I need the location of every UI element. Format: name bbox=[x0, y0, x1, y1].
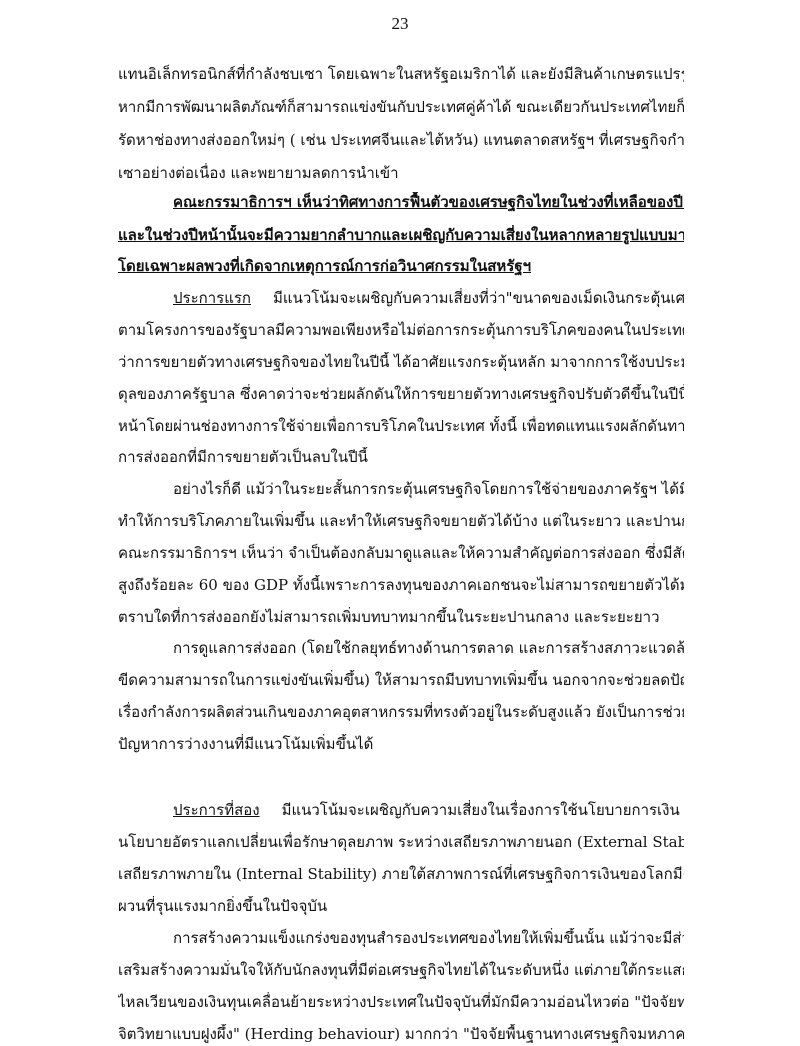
text-line: ไหลเวียนของเงินทุนเคลื่อนย้ายระหว่างประเ… bbox=[118, 992, 684, 1012]
point-label: ประการที่สอง bbox=[173, 801, 260, 819]
text-line: ว่าการขยายตัวทางเศรษฐกิจของไทยในปีนี้ ได… bbox=[118, 352, 684, 372]
text-line: เรื่องกำลังการผลิตส่วนเกินของภาคอุตสาหกร… bbox=[118, 702, 684, 722]
text-span: มีแนวโน้มจะเผชิญกับความเสี่ยงในเรื่องการ… bbox=[282, 801, 684, 819]
text-line: อย่างไรก็ดี แม้ว่าในระยะสั้นการกระตุ้นเศ… bbox=[173, 479, 684, 499]
text-line: โดยเฉพาะผลพวงที่เกิดจากเหตุการณ์การก่อวิ… bbox=[118, 256, 684, 276]
text-line: ตราบใดที่การส่งออกยังไม่สามารถเพิ่มบทบาท… bbox=[118, 607, 684, 627]
text-span: มีแนวโน้มจะเผชิญกับความเสี่ยงที่ว่า"ขนาด… bbox=[273, 289, 684, 307]
text-line: ผวนที่รุนแรงมากยิ่งขึ้นในปัจจุบัน bbox=[118, 896, 684, 916]
text-line: ประการแรกมีแนวโน้มจะเผชิญกับความเสี่ยงที… bbox=[173, 288, 684, 308]
text-line: คณะกรรมาธิการฯ เห็นว่าทิศทางการฟื้นตัวขอ… bbox=[173, 192, 684, 212]
text-line: คณะกรรมาธิการฯ เห็นว่า จำเป็นต้องกลับมาด… bbox=[118, 543, 684, 563]
text-line: การส่งออกที่มีการขยายตัวเป็นลบในปีนี้ bbox=[118, 447, 684, 467]
text-line: การดูแลการส่งออก (โดยใช้กลยุทธ์ทางด้านกา… bbox=[173, 638, 684, 658]
text-line: ขีดความสามารถในการแข่งขันเพิ่มขึ้น) ให้ส… bbox=[118, 670, 684, 690]
text-line: ตามโครงการของรัฐบาลมีความพอเพียงหรือไม่ต… bbox=[118, 320, 684, 340]
text-line: นโยบายอัตราแลกเปลี่ยนเพื่อรักษาดุลยภาพ ร… bbox=[118, 832, 684, 852]
text-line: เสริมสร้างความมั่นใจให้กับนักลงทุนที่มีต… bbox=[118, 960, 684, 980]
text-line: เสถียรภาพภายใน (Internal Stability) ภายใ… bbox=[118, 864, 684, 884]
text-line: ปัญหาการว่างงานที่มีแนวโน้มเพิ่มขึ้นได้ bbox=[118, 734, 684, 754]
text-line: หากมีการพัฒนาผลิตภัณฑ์ก็สามารถแข่งขันกับ… bbox=[118, 97, 684, 117]
page-number: 23 bbox=[0, 14, 800, 34]
text-line: ประการที่สองมีแนวโน้มจะเผชิญกับความเสี่ย… bbox=[173, 800, 684, 820]
text-line: หน้าโดยผ่านช่องทางการใช้จ่ายเพื่อการบริโ… bbox=[118, 416, 684, 436]
point-label: ประการแรก bbox=[173, 289, 251, 307]
text-line: จิตวิทยาแบบฝูงผึ้ง" (Herding behaviour) … bbox=[118, 1024, 684, 1044]
text-line: เซาอย่างต่อเนื่อง และพยายามลดการนำเข้า bbox=[118, 163, 684, 183]
text-line: การสร้างความแข็งแกร่งของทุนสำรองประเทศขอ… bbox=[173, 928, 684, 948]
text-line: รัดหาช่องทางส่งออกใหม่ๆ ( เช่น ประเทศจีน… bbox=[118, 130, 684, 150]
text-line: ทำให้การบริโภคภายในเพิ่มขึ้น และทำให้เศร… bbox=[118, 511, 684, 531]
text-line: แทนอิเล็กทรอนิกส์ที่กำลังชบเซา โดยเฉพาะใ… bbox=[118, 64, 684, 84]
text-line: และในช่วงปีหน้านั้นจะมีความยากลำบากและเผ… bbox=[118, 225, 684, 245]
text-line: สูงถึงร้อยละ 60 ของ GDP ทั้งนี้เพราะการล… bbox=[118, 575, 684, 595]
text-line: ดุลของภาครัฐบาล ซึ่งคาดว่าจะช่วยผลักดันใ… bbox=[118, 384, 684, 404]
